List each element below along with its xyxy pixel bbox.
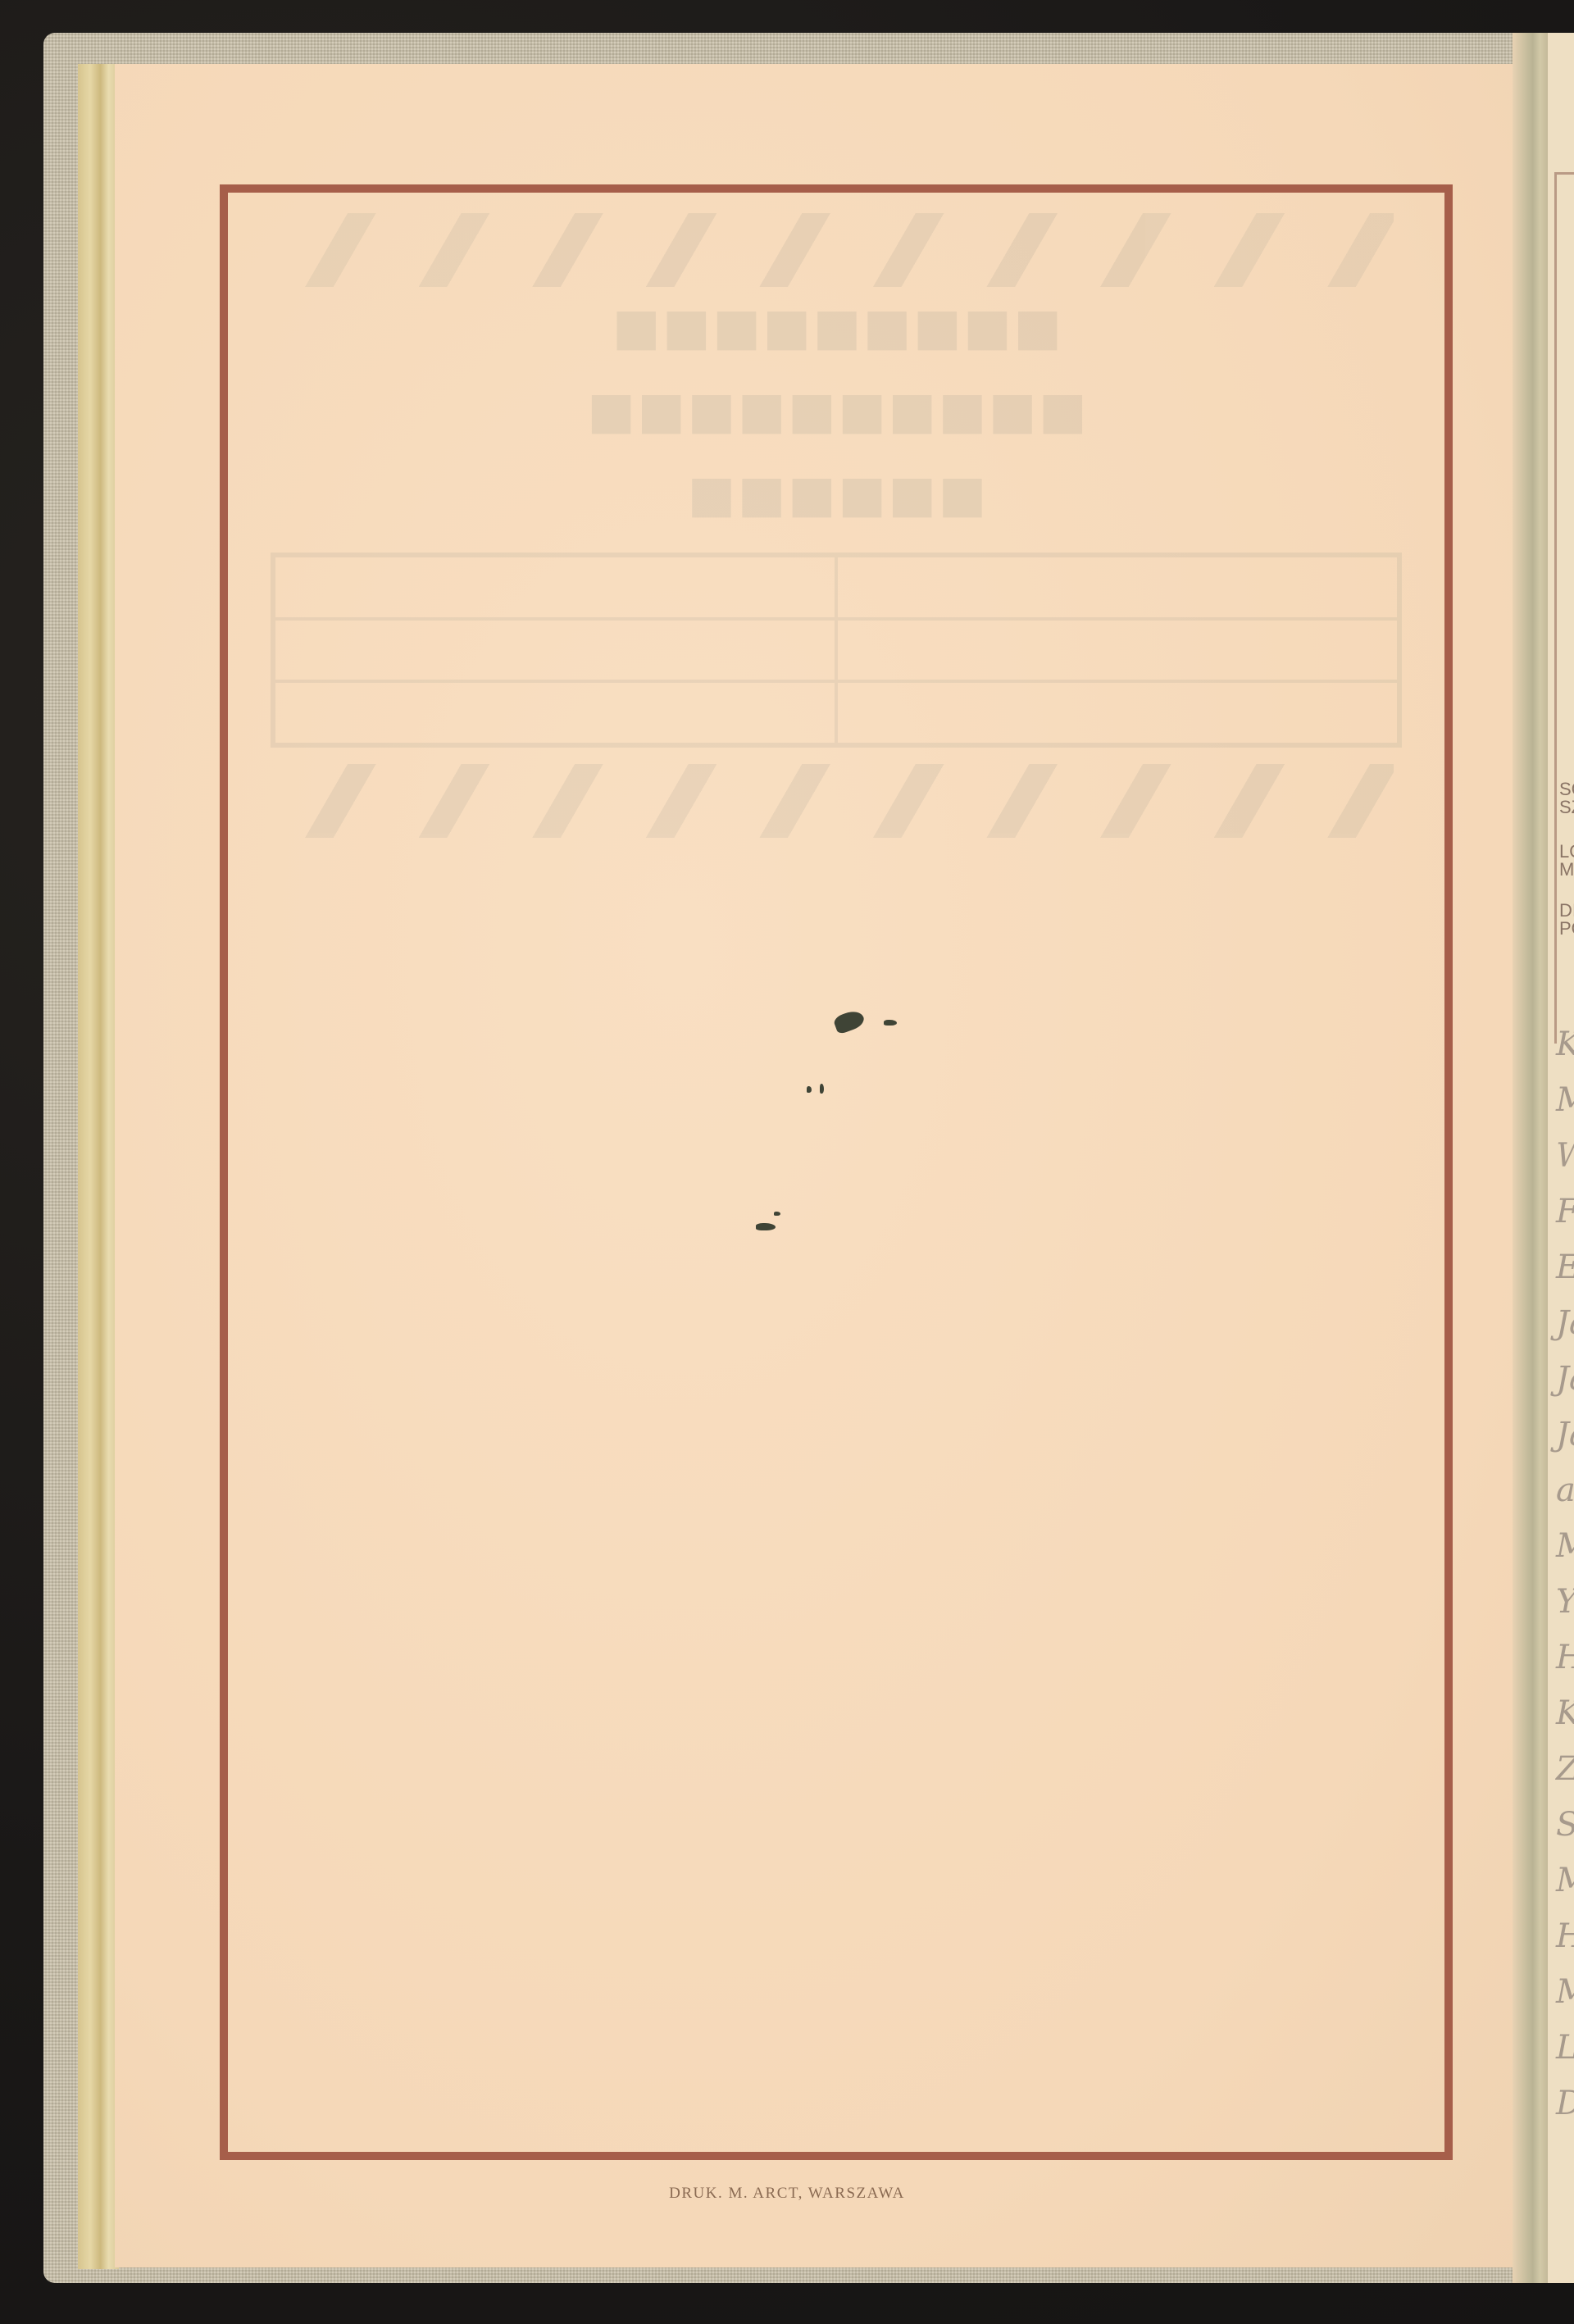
decorative-page-border [220, 184, 1453, 2160]
ink-speck [820, 1084, 824, 1094]
book-gutter [1513, 33, 1549, 2283]
ink-speck [807, 1086, 812, 1093]
right-box-3: DIS PO [1559, 902, 1574, 938]
ink-blot [756, 1223, 776, 1230]
ink-speck [884, 1020, 897, 1026]
right-box-1: SCH SZK [1559, 780, 1574, 816]
page-edges [78, 64, 119, 2269]
right-box-2: LO MI [1559, 843, 1574, 879]
handwritten-names: Ka Mo Wa Fra Ere Ja Ja Ja ay M Yo Ho K Z… [1556, 1016, 1574, 2131]
ink-speck [774, 1212, 780, 1216]
printer-colophon: DRUK. M. ARCT, WARSZAWA [0, 2185, 1574, 2203]
right-page-fragment: SCH SZK LO MI DIS PO Ka Mo Wa Fra Ere Ja… [1548, 33, 1574, 2283]
